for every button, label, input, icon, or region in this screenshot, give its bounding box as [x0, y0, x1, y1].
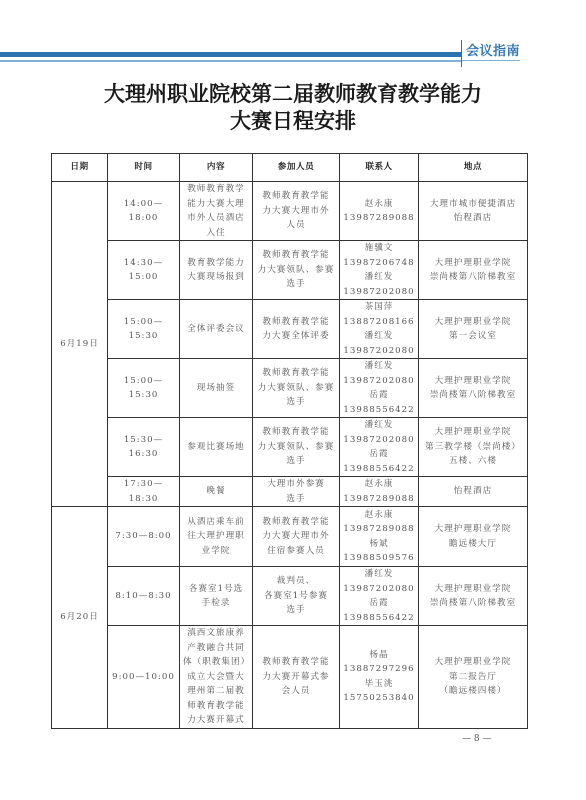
location-cell-line: 第二报告厅: [422, 670, 524, 685]
contact-cell-line: 13987289088: [343, 522, 415, 537]
content-cell-line: 各赛室1号选: [183, 582, 249, 597]
content-cell-line: 体（职教集团）: [183, 655, 249, 670]
location-cell-line: 第一会议室: [422, 329, 524, 344]
page-title-line2: 大赛日程安排: [0, 105, 586, 135]
contact-cell-line: 潘红发: [343, 418, 415, 433]
contact-cell-line: 13988556422: [343, 403, 415, 418]
content-cell-line: 从酒店乘车前: [183, 515, 249, 530]
contact-cell-line: 赵永康: [343, 477, 415, 492]
header-divider: [461, 40, 462, 67]
participants-cell-line: 选手: [256, 277, 336, 292]
content-cell-line: 参观比赛场地: [183, 440, 249, 455]
contact-cell-line: 13987289088: [343, 492, 415, 507]
participants-cell-line: 教师教育教学能: [256, 315, 336, 330]
content-cell: 参观比赛场地: [180, 418, 253, 477]
location-cell-line: 五楼、六楼: [422, 454, 524, 469]
participants-cell-line: 力大赛领队、参赛: [256, 381, 336, 396]
location-cell-line: 大理护理职业学院: [422, 256, 524, 271]
location-cell-line: 大理护理职业学院: [422, 655, 524, 670]
participants-cell-line: 会人员: [256, 684, 336, 699]
contact-cell: 潘红发13987202080岳霞13988556422: [340, 359, 419, 418]
participants-cell: 大理市外参赛选手: [253, 477, 340, 507]
column-header-contact: 联系人: [340, 154, 419, 182]
location-cell-line: 怡程酒店: [422, 211, 524, 226]
content-cell-line: 教师教育教学: [183, 182, 249, 197]
participants-cell-line: 大理市外参赛: [256, 477, 336, 492]
participants-cell-line: 教师教育教学能: [256, 189, 336, 204]
location-cell: 大理护理职业学院第一会议室: [419, 300, 528, 359]
location-cell-line: 崇尚楼第八阶梯教室: [422, 596, 524, 611]
participants-cell: 教师教育教学能力大赛全体评委: [253, 300, 340, 359]
location-cell-line: 怡程酒店: [422, 484, 524, 499]
table-row: 15:00—15:30现场抽签教师教育教学能力大赛领队、参赛选手潘红发13987…: [52, 359, 528, 418]
location-cell-line: 瞻远楼大厅: [422, 537, 524, 552]
participants-cell: 教师教育教学能力大赛大理市外住宿参赛人员: [253, 507, 340, 567]
table-row: 6月20日7:30—8:00从酒店乘车前往大理护理职业学院教师教育教学能力大赛大…: [52, 507, 528, 567]
content-cell: 各赛室1号选手检录: [180, 567, 253, 626]
location-cell: 大理护理职业学院崇尚楼第八阶梯教室: [419, 241, 528, 300]
participants-cell: 裁判员、各赛室1号参赛选手: [253, 567, 340, 626]
participants-cell-line: 力大赛大理市外: [256, 204, 336, 219]
content-cell: 全体评委会议: [180, 300, 253, 359]
contact-cell-line: 13887208166: [343, 315, 415, 330]
content-cell-line: 产教融合共同: [183, 641, 249, 656]
contact-cell-line: 岳霞: [343, 447, 415, 462]
contact-cell: 赵永康13987289088杨斌13988509576: [340, 507, 419, 567]
participants-cell-line: 裁判员、: [256, 574, 336, 589]
contact-cell: 赵永康13987289088: [340, 182, 419, 241]
participants-cell-line: 力大赛大理市外: [256, 529, 336, 544]
contact-cell-line: 潘红发: [343, 270, 415, 285]
content-cell-line: 大赛现场报到: [183, 270, 249, 285]
date-cell: 6月20日: [52, 507, 108, 729]
contact-cell: 潘红发13987202080岳霞13988556422: [340, 418, 419, 477]
participants-cell-line: 力大赛领队、参赛: [256, 440, 336, 455]
content-cell-line: 滇西文旅康养: [183, 626, 249, 641]
participants-cell-line: 教师教育教学能: [256, 515, 336, 530]
table-row: 17:30—18:30晚餐大理市外参赛选手赵永康13987289088怡程酒店: [52, 477, 528, 507]
table-row: 15:00—15:30全体评委会议教师教育教学能力大赛全体评委茶国萍138872…: [52, 300, 528, 359]
contact-cell: 潘红发13987202080岳霞13988556422: [340, 567, 419, 626]
table-row: 8:10—8:30各赛室1号选手检录裁判员、各赛室1号参赛选手潘红发139872…: [52, 567, 528, 626]
participants-cell: 教师教育教学能力大赛领队、参赛选手: [253, 418, 340, 477]
contact-cell-line: 赵永康: [343, 197, 415, 212]
content-cell: 教育教学能力大赛现场报到: [180, 241, 253, 300]
content-cell-line: 业学院: [183, 544, 249, 559]
table-row: 14:30—15:00教育教学能力大赛现场报到教师教育教学能力大赛领队、参赛选手…: [52, 241, 528, 300]
content-cell: 从酒店乘车前往大理护理职业学院: [180, 507, 253, 567]
content-cell-line: 教育教学能力: [183, 256, 249, 271]
content-cell-line: 理州第二届教: [183, 684, 249, 699]
participants-cell-line: 人员: [256, 218, 336, 233]
content-cell: 现场抽签: [180, 359, 253, 418]
participants-cell-line: 力大赛领队、参赛: [256, 263, 336, 278]
contact-cell-line: 13987206748: [343, 256, 415, 271]
contact-cell-line: 13987202080: [343, 374, 415, 389]
location-cell: 大理护理职业学院崇尚楼第八阶梯教室: [419, 359, 528, 418]
content-cell-line: 成立大会暨大: [183, 670, 249, 685]
participants-cell-line: 教师教育教学能: [256, 425, 336, 440]
time-cell: 15:00—15:30: [108, 359, 180, 418]
header-rule-thick: [0, 52, 462, 57]
column-header-content: 内容: [180, 154, 253, 182]
date-cell: 6月19日: [52, 182, 108, 507]
participants-cell-line: 各赛室1号参赛: [256, 589, 336, 604]
content-cell: 滇西文旅康养产教融合共同体（职教集团）成立大会暨大理州第二届教师教育教学能力大赛…: [180, 626, 253, 729]
header-label-underline: [462, 60, 520, 61]
content-cell-line: 现场抽签: [183, 381, 249, 396]
table-row: 15:30—16:30参观比赛场地教师教育教学能力大赛领队、参赛选手潘红发139…: [52, 418, 528, 477]
time-cell: 17:30—18:30: [108, 477, 180, 507]
contact-cell-line: 13988556422: [343, 462, 415, 477]
column-header-participants: 参加人员: [253, 154, 340, 182]
contact-cell-line: 15750253840: [343, 691, 415, 706]
contact-cell: 施骥文13987206748潘红发13987202080: [340, 241, 419, 300]
participants-cell-line: 选手: [256, 454, 336, 469]
table-header-row: 日期 时间 内容 参加人员 联系人 地点: [52, 154, 528, 182]
page-number: — 8 —: [462, 734, 491, 744]
contact-cell-line: 潘红发: [343, 567, 415, 582]
location-cell: 大理护理职业学院第三教学楼（崇尚楼）五楼、六楼: [419, 418, 528, 477]
content-cell-line: 全体评委会议: [183, 322, 249, 337]
schedule-table: 日期 时间 内容 参加人员 联系人 地点 6月19日14:00—18:00教师教…: [51, 153, 528, 729]
contact-cell-line: 毕玉洮: [343, 677, 415, 692]
participants-cell-line: 选手: [256, 492, 336, 507]
time-cell: 14:30—15:00: [108, 241, 180, 300]
contact-cell-line: 13987289088: [343, 211, 415, 226]
content-cell: 晚餐: [180, 477, 253, 507]
contact-cell-line: 13988509576: [343, 551, 415, 566]
contact-cell-line: 13987202080: [343, 344, 415, 359]
column-header-location: 地点: [419, 154, 528, 182]
content-cell-line: 入住: [183, 226, 249, 241]
contact-cell-line: 13987202080: [343, 582, 415, 597]
time-cell: 8:10—8:30: [108, 567, 180, 626]
participants-cell: 教师教育教学能力大赛大理市外人员: [253, 182, 340, 241]
content-cell-line: 市外人员酒店: [183, 211, 249, 226]
contact-cell-line: 13887297296: [343, 662, 415, 677]
participants-cell: 教师教育教学能力大赛领队、参赛选手: [253, 359, 340, 418]
location-cell-line: 大理市城市便捷酒店: [422, 197, 524, 212]
participants-cell-line: 力大赛全体评委: [256, 329, 336, 344]
content-cell-line: 能力大赛大理: [183, 197, 249, 212]
location-cell: 怡程酒店: [419, 477, 528, 507]
contact-cell: 杨晶13887297296毕玉洮15750253840: [340, 626, 419, 729]
location-cell: 大理护理职业学院崇尚楼第八阶梯教室: [419, 567, 528, 626]
content-cell-line: 往大理护理职: [183, 529, 249, 544]
table-row: 6月19日14:00—18:00教师教育教学能力大赛大理市外人员酒店入住教师教育…: [52, 182, 528, 241]
content-cell-line: 力大赛开幕式: [183, 713, 249, 728]
contact-cell-line: 杨斌: [343, 537, 415, 552]
location-cell-line: 大理护理职业学院: [422, 374, 524, 389]
location-cell-line: 大理护理职业学院: [422, 522, 524, 537]
location-cell-line: 第三教学楼（崇尚楼）: [422, 440, 524, 455]
participants-cell-line: 选手: [256, 395, 336, 410]
contact-cell-line: 杨晶: [343, 648, 415, 663]
time-cell: 7:30—8:00: [108, 507, 180, 567]
content-cell-line: 师教育教学能: [183, 699, 249, 714]
location-cell-line: 大理护理职业学院: [422, 425, 524, 440]
contact-cell-line: 13988556422: [343, 611, 415, 626]
location-cell: 大理市城市便捷酒店怡程酒店: [419, 182, 528, 241]
column-header-date: 日期: [52, 154, 108, 182]
participants-cell: 教师教育教学能力大赛领队、参赛选手: [253, 241, 340, 300]
time-cell: 9:00—10:00: [108, 626, 180, 729]
content-cell-line: 手检录: [183, 596, 249, 611]
table-row: 9:00—10:00滇西文旅康养产教融合共同体（职教集团）成立大会暨大理州第二届…: [52, 626, 528, 729]
section-label: 会议指南: [466, 40, 520, 59]
time-cell: 15:30—16:30: [108, 418, 180, 477]
location-cell: 大理护理职业学院第二报告厅（瞻远楼四楼）: [419, 626, 528, 729]
location-cell-line: 崇尚楼第八阶梯教室: [422, 270, 524, 285]
location-cell: 大理护理职业学院瞻远楼大厅: [419, 507, 528, 567]
participants-cell-line: 教师教育教学能: [256, 248, 336, 263]
time-cell: 15:00—15:30: [108, 300, 180, 359]
content-cell: 教师教育教学能力大赛大理市外人员酒店入住: [180, 182, 253, 241]
content-cell-line: 晚餐: [183, 484, 249, 499]
contact-cell-line: 茶国萍: [343, 300, 415, 315]
time-cell: 14:00—18:00: [108, 182, 180, 241]
contact-cell-line: 岳霞: [343, 596, 415, 611]
contact-cell-line: 岳霞: [343, 388, 415, 403]
contact-cell-line: 潘红发: [343, 359, 415, 374]
page-title-line1: 大理州职业院校第二届教师教育教学能力: [0, 78, 586, 108]
column-header-time: 时间: [108, 154, 180, 182]
contact-cell-line: 13987202080: [343, 433, 415, 448]
location-cell-line: 大理护理职业学院: [422, 315, 524, 330]
participants-cell-line: 住宿参赛人员: [256, 544, 336, 559]
participants-cell-line: 教师教育教学能: [256, 655, 336, 670]
location-cell-line: （瞻远楼四楼）: [422, 684, 524, 699]
contact-cell-line: 施骥文: [343, 241, 415, 256]
contact-cell: 茶国萍13887208166潘红发13987202080: [340, 300, 419, 359]
participants-cell: 教师教育教学能力大赛开幕式参会人员: [253, 626, 340, 729]
contact-cell: 赵永康13987289088: [340, 477, 419, 507]
location-cell-line: 大理护理职业学院: [422, 582, 524, 597]
contact-cell-line: 潘红发: [343, 329, 415, 344]
location-cell-line: 崇尚楼第八阶梯教室: [422, 388, 524, 403]
participants-cell-line: 教师教育教学能: [256, 366, 336, 381]
contact-cell-line: 赵永康: [343, 508, 415, 523]
header-rule-thin: [0, 60, 462, 62]
participants-cell-line: 选手: [256, 603, 336, 618]
contact-cell-line: 13987202080: [343, 285, 415, 300]
participants-cell-line: 力大赛开幕式参: [256, 670, 336, 685]
